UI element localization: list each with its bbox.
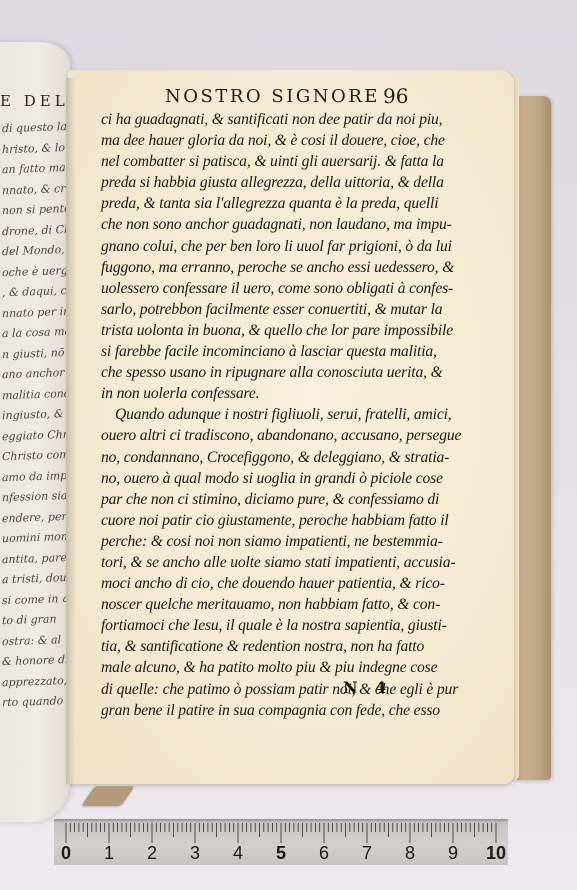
text-line: preda si habbia giusta allegrezza, della… xyxy=(101,172,441,193)
text-line: che non sono anchor guadagnati, non laud… xyxy=(101,214,441,235)
text-line: fuggono, ma erranno, peroche se ancho es… xyxy=(101,257,441,278)
left-text-line: ano anchor molto xyxy=(2,363,70,386)
left-text-line: eggiato Christo, xyxy=(2,424,70,447)
left-text-line: del Mondo, ma pi xyxy=(2,240,70,263)
ruler-ticks xyxy=(54,821,508,845)
ruler-label: 1 xyxy=(104,843,114,864)
text-line: perche: & cosi noi non siamo impatienti,… xyxy=(101,531,441,552)
text-line: male alcuno, & ha patito molto piu & piu… xyxy=(101,657,441,678)
ruler-label: 7 xyxy=(362,843,372,864)
left-text-line: si come in qu xyxy=(2,588,70,611)
text-line: fortiamoci che Iesu, il quale è la nostr… xyxy=(101,615,441,636)
left-text-line: & honore di xyxy=(2,650,70,673)
text-line: moci ancho di cio, che douendo hauer pat… xyxy=(101,573,441,594)
scale-ruler: 012345678910 xyxy=(54,819,508,865)
ruler-label: 2 xyxy=(147,843,157,864)
left-text-line: Christo come gius xyxy=(2,445,70,468)
ruler-label: 6 xyxy=(319,843,329,864)
text-line: Quando adunque i nostri figliuoli, serui… xyxy=(101,404,441,425)
left-running-head: E DEL xyxy=(0,92,69,110)
left-text-line: amo da impapar, xyxy=(2,465,70,488)
text-line: si farebbe facile incominciano à lasciar… xyxy=(101,341,441,362)
text-line: trista uolonta in buona, & quello che lo… xyxy=(101,320,441,341)
ruler-labels: 012345678910 xyxy=(54,843,508,863)
text-line: ma dee hauer gloria da noi, & è cosi il … xyxy=(101,130,441,151)
left-text-line: nfession sian fatti xyxy=(2,486,70,509)
left-text-line: apprezzato, & d xyxy=(2,670,70,693)
left-text-line: an fatto mal coloro xyxy=(2,158,70,181)
text-line: di quelle: che patimo ò possiam patir no… xyxy=(101,679,441,700)
left-text-line: ostra: & al xyxy=(2,629,70,652)
left-text-line: hristo, & lo Re de gl xyxy=(2,137,70,160)
ruler-label: 9 xyxy=(448,843,458,864)
text-line: no, ouero à qual modo si uoglia in grand… xyxy=(101,468,441,489)
text-line: preda, & tanta sia l'allegrezza quanta è… xyxy=(101,193,441,214)
body-text: ci ha guadagnati, & santificati non dee … xyxy=(101,109,441,721)
left-text-line: endere, peroche xyxy=(2,506,70,529)
text-line: no, condannano, Crocefiggono, & deleggia… xyxy=(101,447,441,468)
text-line: ouero altri ci tradiscono, abandonano, a… xyxy=(101,425,441,446)
ribbon-tab xyxy=(81,786,135,806)
left-text-line: rto quando il Sign xyxy=(2,691,70,714)
left-text-line: di questo ladrone, fa xyxy=(2,117,70,140)
text-line: par che non ci stimino, diciamo pure, & … xyxy=(101,489,441,510)
left-text-line: n giusti, nō erano xyxy=(2,342,70,365)
signature-mark: N xyxy=(343,678,358,697)
left-text-line: ingiusto, & che xyxy=(2,404,70,427)
text-line: sarlo, potrebbon facilmente esser conuer… xyxy=(101,299,441,320)
left-text-line: to di gran xyxy=(2,609,70,632)
page-number: 96 xyxy=(383,84,408,108)
left-page: E DEL di questo ladrone, fahristo, & lo … xyxy=(0,42,70,822)
left-text-line: a tristi, doue xyxy=(2,568,70,591)
left-text-line: non si pentono. xyxy=(2,199,70,222)
ruler-label: 0 xyxy=(61,843,71,864)
left-text-line: malitia condennan xyxy=(2,383,70,406)
left-text-line: nnato, & crocifisso xyxy=(2,178,70,201)
text-line: in non uolerla confessare. xyxy=(101,383,441,404)
ruler-label: 5 xyxy=(276,843,286,864)
ruler-label: 8 xyxy=(405,843,415,864)
text-line: noscer quelche meritauamo, non habbiam f… xyxy=(101,594,441,615)
left-text-line: nnato per iniquita xyxy=(2,301,70,324)
left-text-line: oche è uergognosa xyxy=(2,260,70,283)
ruler-label: 10 xyxy=(486,843,506,864)
left-text-line: antita, pare accus xyxy=(2,547,70,570)
text-line: ci ha guadagnati, & santificati non dee … xyxy=(101,109,441,130)
running-head: NOSTRO SIGNORE xyxy=(165,86,380,107)
text-line: tori, & se ancho alle uolte siamo stati … xyxy=(101,552,441,573)
text-line: cuore noi patir cio giustamente, peroche… xyxy=(101,510,441,531)
text-line: tia, & santificatione & redention nostra… xyxy=(101,636,441,657)
ruler-label: 4 xyxy=(233,843,243,864)
left-text-line: , & daqui, che pe xyxy=(2,281,70,304)
text-line: che spesso usano in ripugnare alla conos… xyxy=(101,362,441,383)
left-text-line: uomini mondani xyxy=(2,527,70,550)
left-page-text: di questo ladrone, fahristo, & lo Re de … xyxy=(2,117,70,714)
book-spine xyxy=(514,96,551,780)
left-text-line: a la cosa molto xyxy=(2,322,70,345)
ruler-label: 3 xyxy=(190,843,200,864)
signature-number: 4 xyxy=(375,678,386,697)
left-text-line: drone, di Christo xyxy=(2,219,70,242)
text-line: nel combatter si patisca, & uinti gli au… xyxy=(101,151,441,172)
text-line: gnano colui, che per ben loro li uuol fa… xyxy=(101,236,441,257)
text-line: gran bene il patire in sua compagnia con… xyxy=(101,700,441,721)
gutter xyxy=(66,78,76,784)
text-line: uolessero confessare il uero, come sono … xyxy=(101,278,441,299)
